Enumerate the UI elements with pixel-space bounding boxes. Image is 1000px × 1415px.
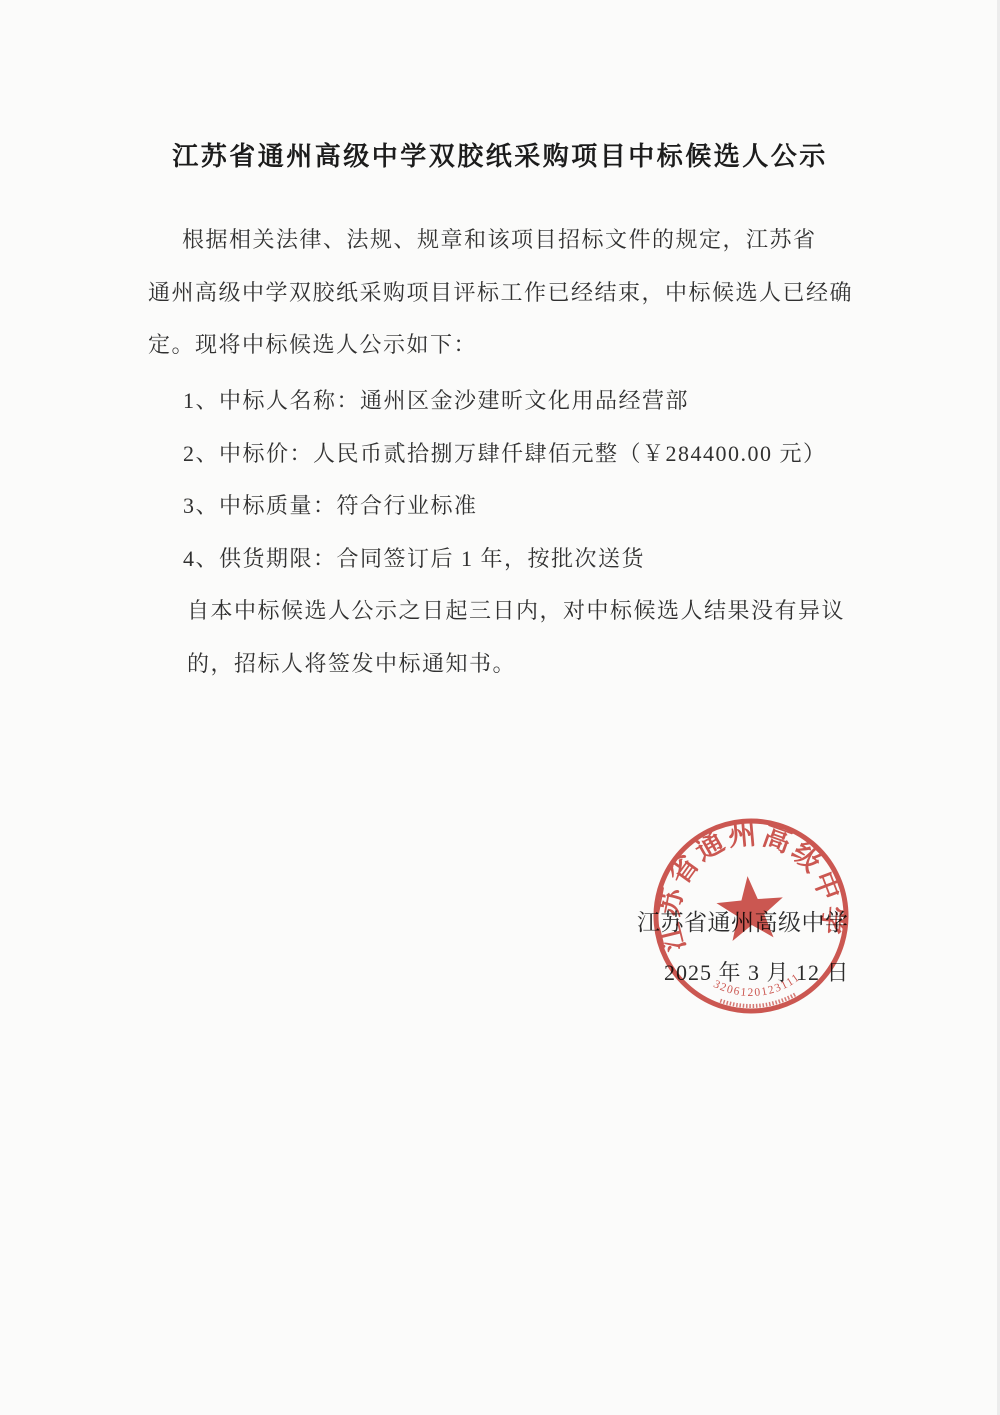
paragraph-line: 通州高级中学双胶纸采购项目评标工作已经结束，中标候选人已经确 [148,278,853,308]
seal-code: 3206120123111 [711,971,804,1003]
seal-star-icon [714,873,786,942]
official-seal: 江苏省通州高级中学 3206120123111 [645,810,857,1022]
list-item-bid-price: 2、中标价：人民币贰拾捌万肆仟肆佰元整（￥284400.00 元） [183,439,827,469]
closing-line: 的，招标人将签发中标通知书。 [187,649,516,679]
document-page: 江苏省通州高级中学双胶纸采购项目中标候选人公示 根据相关法律、法规、规章和该项目… [0,0,1000,1415]
paragraph-line: 定。现将中标候选人公示如下： [148,330,477,360]
list-item-winner-name: 1、中标人名称：通州区金沙建昕文化用品经营部 [183,386,689,416]
document-title: 江苏省通州高级中学双胶纸采购项目中标候选人公示 [0,136,1000,173]
list-item-supply-period: 4、供货期限：合同签订后 1 年，按批次送货 [183,544,645,574]
list-item-quality: 3、中标质量：符合行业标准 [183,491,478,521]
closing-line: 自本中标候选人公示之日起三日内，对中标候选人结果没有异议 [187,596,845,626]
paragraph-line: 根据相关法律、法规、规章和该项目招标文件的规定，江苏省 [182,225,817,255]
